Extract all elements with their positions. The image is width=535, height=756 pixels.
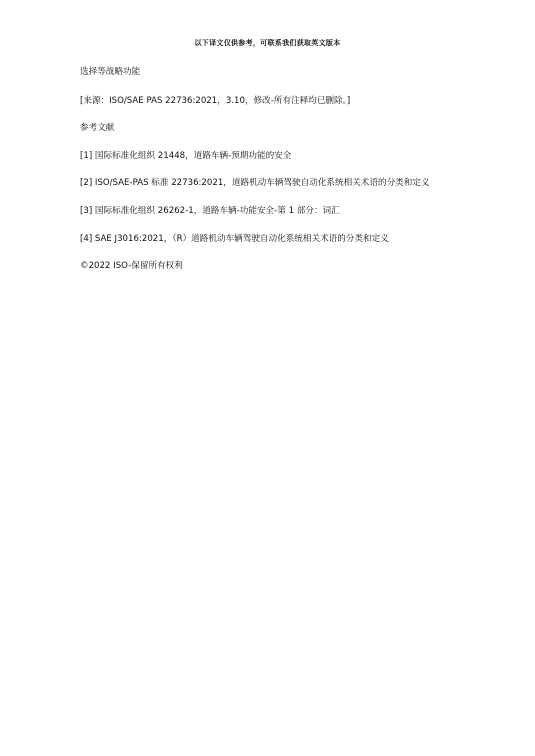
reference-item-2: [2] ISO/SAE-PAS 标准 22736:2021，道路机动车辆驾驶自动… (80, 178, 430, 189)
term-heading: 选择等战略功能 (80, 67, 140, 78)
reference-item-3: [3] 国际标准化组织 26262-1，道路车辆-功能安全-第 1 部分：词汇 (80, 206, 340, 217)
bibliography-title: 参考文献 (80, 123, 114, 134)
translation-notice: 以下译文仅供参考，可联系我们获取英文版本 (0, 38, 535, 48)
reference-item-1: [1] 国际标准化组织 21448，道路车辆-预期功能的安全 (80, 151, 291, 162)
reference-item-4: [4] SAE J3016:2021，（R）道路机动车辆驾驶自动化系统相关术语的… (80, 234, 389, 245)
copyright-notice: ©2022 ISO-保留所有权利 (80, 261, 183, 272)
source-note: [来源：ISO/SAE PAS 22736:2021，3.10，修改-所有注释均… (80, 96, 350, 107)
